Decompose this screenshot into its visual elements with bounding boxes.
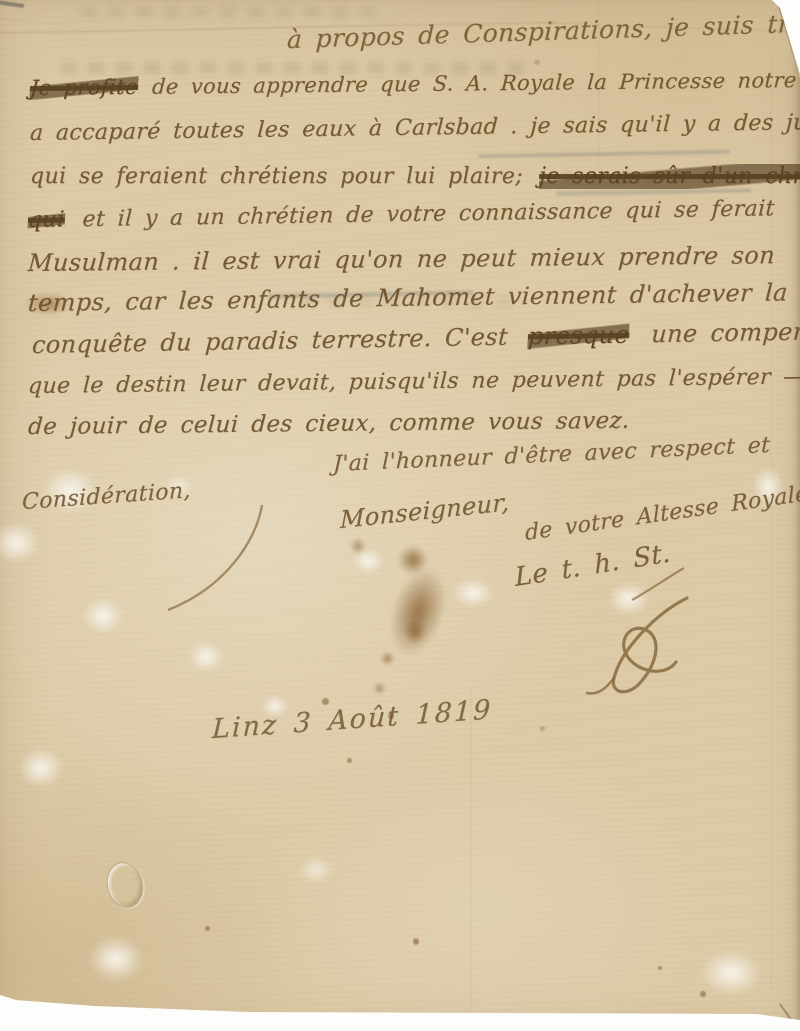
ink-speck	[540, 726, 545, 731]
line-text: conquête du paradis terrestre. C'est	[31, 323, 509, 359]
paper-blotch	[82, 598, 124, 634]
signature-paraph	[575, 592, 695, 696]
ink-stain	[398, 545, 428, 575]
letter-line: de jouir de celui des cieux, comme vous …	[27, 408, 630, 440]
ink-speck	[534, 60, 540, 65]
line-text: temps, car les enfants de Mahomet vienne…	[27, 278, 788, 317]
letter-line: a accaparé toutes les eaux à Carlsbad . …	[29, 110, 800, 146]
ink-bleedthrough	[80, 6, 380, 18]
scan-edge-mark	[0, 0, 24, 8]
line-text: Monseigneur,	[340, 488, 509, 534]
struck-text: presque	[527, 321, 630, 351]
pen-flourish	[162, 500, 272, 618]
letter-line: Musulman . il est vrai qu'on ne peut mie…	[27, 241, 776, 277]
letter-line: que le destin leur devait, puisqu'ils ne…	[27, 364, 800, 399]
scanned-letter: à propos de Conspirations, je suis très …	[0, 0, 800, 1031]
paper-blotch	[188, 642, 224, 672]
line-text: que le destin leur devait, puisqu'ils ne…	[27, 364, 800, 399]
letter-line: conquête du paradis terrestre. C'estpres…	[31, 316, 800, 359]
pen-flourish	[628, 566, 688, 606]
line-text: Linz 3 Août 1819	[211, 694, 492, 745]
line-text: Musulman . il est vrai qu'on ne peut mie…	[27, 241, 776, 277]
fold-crease	[0, 18, 70, 26]
ink-stain	[350, 538, 366, 554]
ink-speck	[322, 698, 329, 705]
paper-blotch	[298, 856, 334, 884]
ink-stain	[381, 652, 394, 665]
paper-notch-edge	[778, 6, 800, 75]
paper-blotch	[88, 936, 144, 982]
ink-speck	[205, 926, 210, 931]
line-text: une compensation	[651, 316, 800, 348]
pencil-stroke	[478, 150, 730, 158]
letter-line: qui se feraient chrétiens pour lui plair…	[30, 164, 800, 189]
embossed-seal	[102, 858, 148, 911]
letter-line: quiet il y a un chrétien de votre connai…	[27, 196, 775, 233]
ink-speck	[347, 758, 352, 763]
line-text: et il y a un chrétien de votre connaissa…	[82, 196, 776, 232]
paper-blotch	[700, 950, 762, 996]
struck-text: Je profite	[29, 75, 138, 100]
line-text: qui se feraient chrétiens pour lui plair…	[30, 164, 523, 189]
ink-stain	[379, 560, 457, 664]
ink-stain	[374, 683, 385, 694]
salutation: Monseigneur,	[340, 488, 509, 534]
ink-speck	[658, 966, 662, 970]
pencil-stroke	[556, 188, 751, 195]
dateline: Linz 3 Août 1819	[211, 694, 492, 745]
paper-blotch	[18, 748, 64, 788]
line-text: de jouir de celui des cieux, comme vous …	[27, 408, 630, 440]
line-text: a accaparé toutes les eaux à Carlsbad . …	[29, 110, 800, 146]
paper-blotch	[452, 578, 494, 608]
letter-paper: à propos de Conspirations, je suis très …	[0, 0, 800, 1031]
letter-line: temps, car les enfants de Mahomet vienne…	[27, 278, 788, 317]
ink-speck	[700, 991, 706, 997]
fold-crease	[470, 690, 472, 1010]
closing-address: de votre Altesse Royale	[524, 481, 800, 546]
closing-formula: J'ai l'honneur d'être avec respect et	[333, 433, 771, 477]
ink-speck	[413, 938, 419, 945]
struck-text: je serais sûr d'un chrétien	[539, 164, 800, 189]
ink-stain	[404, 618, 426, 644]
struck-text: qui	[27, 207, 65, 233]
line-text: de votre Altesse Royale	[524, 481, 800, 546]
corner-tear	[779, 1003, 796, 1026]
paper-blotch	[0, 522, 40, 564]
line-text: J'ai l'honneur d'être avec respect et	[333, 433, 771, 477]
